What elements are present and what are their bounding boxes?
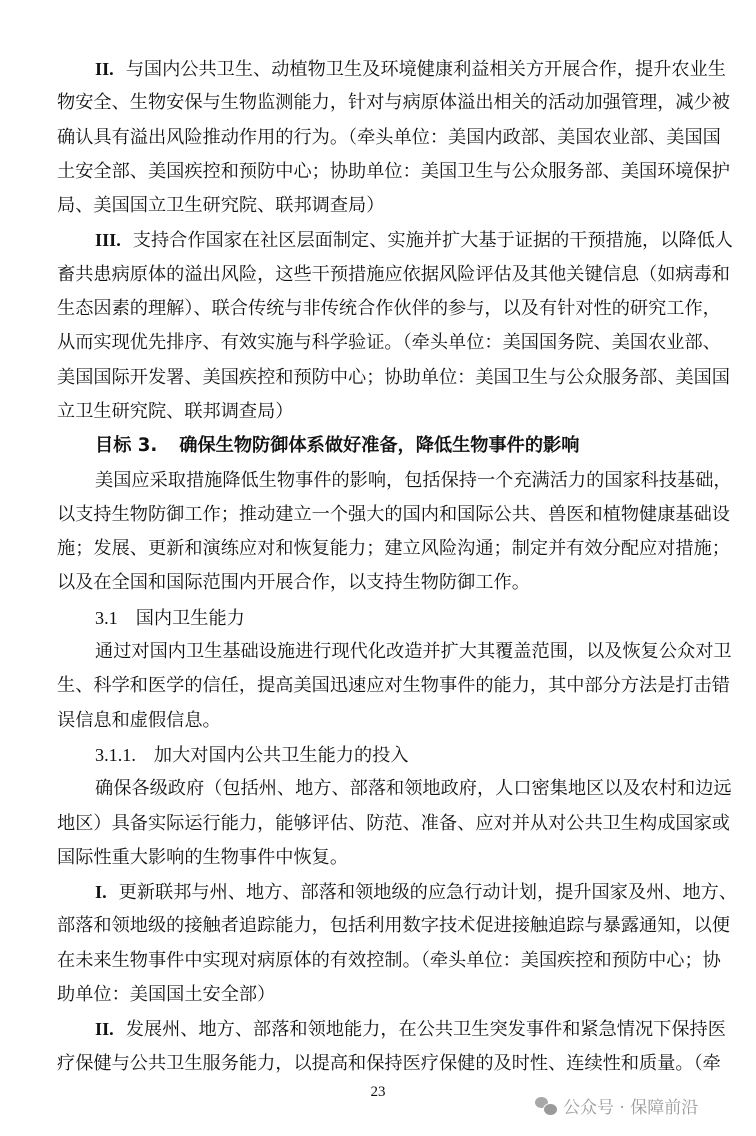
text-line: 部落和领地级的接触者追踪能力，包括利用数字技术促进接触追踪与暴露通知，以便: [57, 909, 705, 943]
text-line: 助单位：美国国土安全部）: [57, 978, 705, 1012]
text-line: 局、美国国立卫生研究院、联邦调查局）: [57, 189, 705, 223]
line-text: 与国内公共卫生、动植物卫生及环境健康利益相关方开展合作，提升农业生: [126, 59, 726, 80]
text-line: II.发展州、地方、部落和领地能力，在公共卫生突发事件和紧急情况下保持医: [57, 1012, 705, 1046]
text-line: 物安全、生物安保与生物监测能力，针对与病原体溢出相关的活动加强管理，减少被: [57, 86, 705, 120]
wechat-icon: [535, 1097, 557, 1115]
line-text: 更新联邦与州、地方、部落和领地级的应急行动计划，提升国家及州、地方、: [119, 882, 737, 903]
watermark-text: 公众号 · 保障前沿: [563, 1093, 698, 1118]
text-line: III.支持合作国家在社区层面制定、实施并扩大基于证据的干预措施，以降低人: [57, 223, 705, 257]
list-item-II: II.发展州、地方、部落和领地能力，在公共卫生突发事件和紧急情况下保持医 疗保健…: [57, 1012, 705, 1081]
text-line: 立卫生研究院、联邦调查局）: [57, 395, 705, 429]
list-item-II: II.与国内公共卫生、动植物卫生及环境健康利益相关方开展合作，提升农业生 物安全…: [57, 52, 705, 223]
text-line: I.更新联邦与州、地方、部落和领地级的应急行动计划，提升国家及州、地方、: [57, 875, 705, 909]
heading-marker: 目标 3.: [95, 435, 157, 456]
text-line: 误信息和虚假信息。: [57, 704, 705, 738]
text-line: 施；发展、更新和演练应对和恢复能力；建立风险沟通；制定并有效分配应对措施；: [57, 532, 705, 566]
item-marker: I.: [95, 882, 107, 902]
section-title: 国内卫生能力: [136, 608, 245, 629]
text-line: 从而实现优先排序、有效实施与科学验证。（牵头单位：美国国务院、美国农业部、: [57, 326, 705, 360]
text-line: 美国应采取措施降低生物事件的影响，包括保持一个充满活力的国家科技基础，: [57, 464, 705, 498]
line-text: 支持合作国家在社区层面制定、实施并扩大基于证据的干预措施，以降低人: [133, 230, 733, 251]
text-line: 美国国际开发署、美国疾控和预防中心；协助单位：美国卫生与公众服务部、美国国: [57, 361, 705, 395]
list-item-I: I.更新联邦与州、地方、部落和领地级的应急行动计划，提升国家及州、地方、 部落和…: [57, 875, 705, 1012]
text-line: 国际性重大影响的生物事件中恢复。: [57, 841, 705, 875]
item-marker: II.: [95, 1019, 114, 1039]
text-line: 确认具有溢出风险推动作用的行为。（牵头单位：美国内政部、美国农业部、美国国: [57, 121, 705, 155]
section-3-1-1-body: 确保各级政府（包括州、地方、部落和领地政府，人口密集地区以及农村和边远 地区）具…: [57, 772, 705, 875]
text-line: 以及在全国和国际范围内开展合作，以支持生物防御工作。: [57, 566, 705, 600]
text-line: 疗保健与公共卫生服务能力，以提高和保持医疗保健的及时性、连续性和质量。（牵: [57, 1047, 705, 1081]
section-3-1-1-heading: 3.1.1.加大对国内公共卫生能力的投入: [57, 738, 705, 772]
goal-3-heading: 目标 3.确保生物防御体系做好准备，降低生物事件的影响: [57, 429, 705, 463]
text-line: 以支持生物防御工作；推动建立一个强大的国内和国际公共、兽医和植物健康基础设: [57, 498, 705, 532]
text-line: II.与国内公共卫生、动植物卫生及环境健康利益相关方开展合作，提升农业生: [57, 52, 705, 86]
text-line: 土安全部、美国疾控和预防中心；协助单位：美国卫生与公众服务部、美国环境保护: [57, 155, 705, 189]
list-item-III: III.支持合作国家在社区层面制定、实施并扩大基于证据的干预措施，以降低人 畜共…: [57, 223, 705, 429]
text-line: 通过对国内卫生基础设施进行现代化改造并扩大其覆盖范围，以及恢复公众对卫: [57, 635, 705, 669]
document-page: II.与国内公共卫生、动植物卫生及环境健康利益相关方开展合作，提升农业生 物安全…: [57, 52, 705, 1081]
watermark: 公众号 · 保障前沿: [535, 1093, 698, 1118]
heading-text: 确保生物防御体系做好准备，降低生物事件的影响: [179, 435, 579, 456]
text-line: 在未来生物事件中实现对病原体的有效控制。（牵头单位：美国疾控和预防中心；协: [57, 944, 705, 978]
text-line: 生、科学和医学的信任，提高美国迅速应对生物事件的能力，其中部分方法是打击错: [57, 669, 705, 703]
item-marker: III.: [95, 230, 121, 250]
text-line: 畜共患病原体的溢出风险，这些干预措施应依据风险评估及其他关键信息（如病毒和: [57, 258, 705, 292]
text-line: 确保各级政府（包括州、地方、部落和领地政府，人口密集地区以及农村和边远: [57, 772, 705, 806]
section-3-1-body: 通过对国内卫生基础设施进行现代化改造并扩大其覆盖范围，以及恢复公众对卫 生、科学…: [57, 635, 705, 738]
goal-3-body: 美国应采取措施降低生物事件的影响，包括保持一个充满活力的国家科技基础， 以支持生…: [57, 464, 705, 601]
section-number: 3.1.1.: [95, 745, 136, 765]
section-3-1-heading: 3.1国内卫生能力: [57, 601, 705, 635]
text-line: 地区）具备实际运行能力，能够评估、防范、准备、应对并从对公共卫生构成国家或: [57, 807, 705, 841]
line-text: 发展州、地方、部落和领地能力，在公共卫生突发事件和紧急情况下保持医: [126, 1019, 726, 1040]
section-title: 加大对国内公共卫生能力的投入: [154, 745, 409, 766]
text-line: 生态因素的理解）、联合传统与非传统合作伙伴的参与，以及有针对性的研究工作，: [57, 292, 705, 326]
item-marker: II.: [95, 59, 114, 79]
section-number: 3.1: [95, 608, 118, 628]
